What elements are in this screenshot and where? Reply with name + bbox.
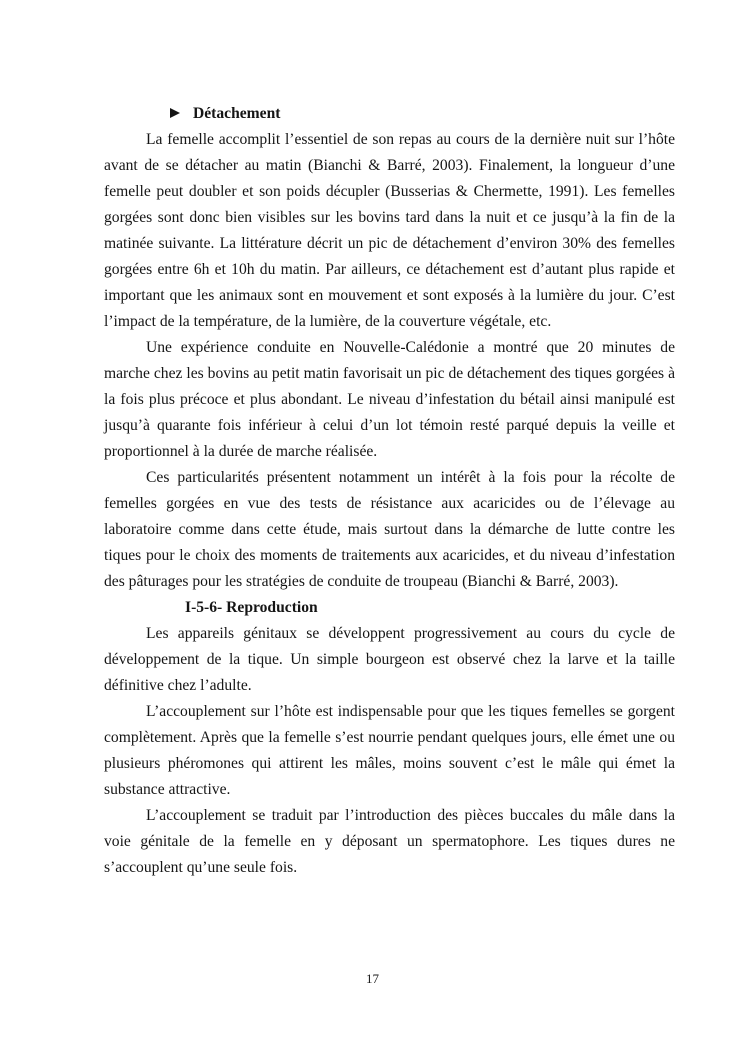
paragraph-detachement-2: Une expérience conduite en Nouvelle-Calé… xyxy=(104,335,675,465)
paragraph-reproduction-1: Les appareils génitaux se développent pr… xyxy=(104,621,675,699)
paragraph-reproduction-2: L’accouplement sur l’hôte est indispensa… xyxy=(104,699,675,803)
paragraph-reproduction-3: L’accouplement se traduit par l’introduc… xyxy=(104,803,675,881)
arrowhead-right-bullet-icon xyxy=(170,108,180,118)
page-content: Détachement La femelle accomplit l’essen… xyxy=(104,101,675,881)
paragraph-detachement-1: La femelle accomplit l’essentiel de son … xyxy=(104,127,675,335)
section-heading-detachement: Détachement xyxy=(104,101,675,127)
section-heading-reproduction: I-5-6- Reproduction xyxy=(104,595,675,621)
document-page: Détachement La femelle accomplit l’essen… xyxy=(0,0,745,1053)
paragraph-detachement-3: Ces particularités présentent notamment … xyxy=(104,465,675,595)
section-heading-label: Détachement xyxy=(193,105,280,122)
page-number: 17 xyxy=(0,971,745,987)
